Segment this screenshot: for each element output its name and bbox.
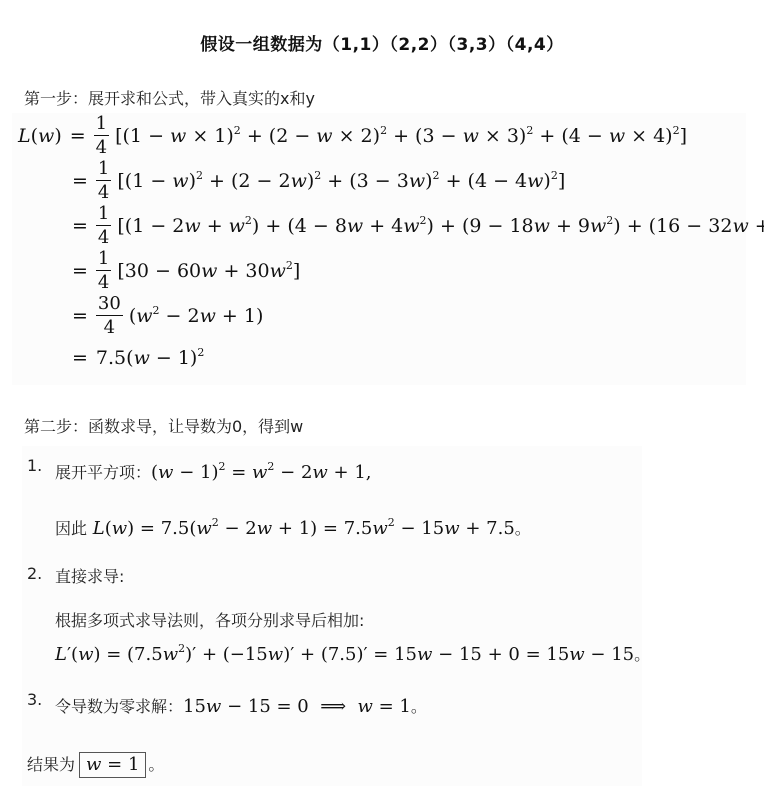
fraction: 304: [96, 295, 123, 337]
expression: (w2 − 2w + 1): [129, 305, 264, 327]
lhs-function: L(w): [18, 125, 62, 147]
expression: [30 − 60w + 30w2]: [117, 260, 300, 282]
derivation-row-4: = 14 [30 − 60w + 30w2]: [64, 253, 300, 289]
derivation-row-6: = 7.5(w − 1)2: [64, 340, 204, 376]
derivation-row-5: = 304 (w2 − 2w + 1): [64, 298, 263, 334]
derivation-row-3: = 14 [(1 − 2w + w2) + (4 − 8w + 4w2) + (…: [64, 208, 764, 244]
item2-sub-text: 根据多项式求导法则，各项分别求导后相加:: [55, 608, 364, 631]
result-boxed: w = 1: [79, 752, 146, 778]
result-line: 结果为 w = 1 。: [27, 752, 164, 778]
item1-math: (w − 1)2 = w2 − 2w + 1,: [151, 462, 372, 483]
list-number-2: 2.: [27, 564, 42, 583]
page-title: 假设一组数据为（1,1）（2,2）（3,3）（4,4）: [0, 30, 764, 55]
item3-label: 令导数为零求解：: [55, 694, 183, 717]
item2-sub-math: L′(w) = (7.5w2)′ + (−15w)′ + (7.5)′ = 15…: [55, 642, 650, 665]
list-number-3: 3.: [27, 690, 42, 709]
fraction: 14: [96, 250, 111, 292]
list-number-1: 1.: [27, 456, 42, 475]
result-prefix: 结果为: [27, 752, 75, 775]
expression: [(1 − w × 1)2 + (2 − w × 2)2 + (3 − w × …: [115, 125, 687, 147]
item1-sub-line: 因此 L(w) = 7.5(w2 − 2w + 1) = 7.5w2 − 15w…: [55, 516, 531, 539]
result-suffix: 。: [148, 752, 164, 775]
item2-line: 直接求导:: [55, 564, 124, 587]
fraction: 14: [96, 160, 111, 202]
derivation-row-1: L(w) = 14 [(1 − w × 1)2 + (2 − w × 2)2 +…: [18, 118, 687, 154]
item1-line: 展开平方项： (w − 1)2 = w2 − 2w + 1,: [55, 460, 372, 483]
item2-sub-math-line: L′(w) = (7.5w2)′ + (−15w)′ + (7.5)′ = 15…: [55, 642, 650, 665]
fraction: 14: [96, 205, 111, 247]
derivation-row-2: = 14 [(1 − w)2 + (2 − 2w)2 + (3 − 3w)2 +…: [64, 163, 565, 199]
expression: 7.5(w − 1)2: [96, 347, 204, 369]
expression: [(1 − 2w + w2) + (4 − 8w + 4w2) + (9 − 1…: [117, 215, 764, 237]
item2-label: 直接求导:: [55, 564, 124, 587]
item1-sub-math: L(w) = 7.5(w2 − 2w + 1) = 7.5w2 − 15w + …: [87, 516, 531, 539]
step1-heading: 第一步：展开求和公式，带入真实的x和y: [24, 86, 315, 109]
item1-label: 展开平方项：: [55, 460, 151, 483]
step2-heading: 第二步：函数求导，让导数为0，得到w: [24, 414, 303, 437]
item3-line: 令导数为零求解： 15w − 15 = 0 ⟹ w = 1。: [55, 694, 427, 717]
item1-sub-prefix: 因此: [55, 516, 87, 539]
fraction: 14: [94, 115, 109, 157]
expression: [(1 − w)2 + (2 − 2w)2 + (3 − 3w)2 + (4 −…: [117, 170, 565, 192]
item3-math: 15w − 15 = 0 ⟹ w = 1。: [183, 694, 427, 717]
